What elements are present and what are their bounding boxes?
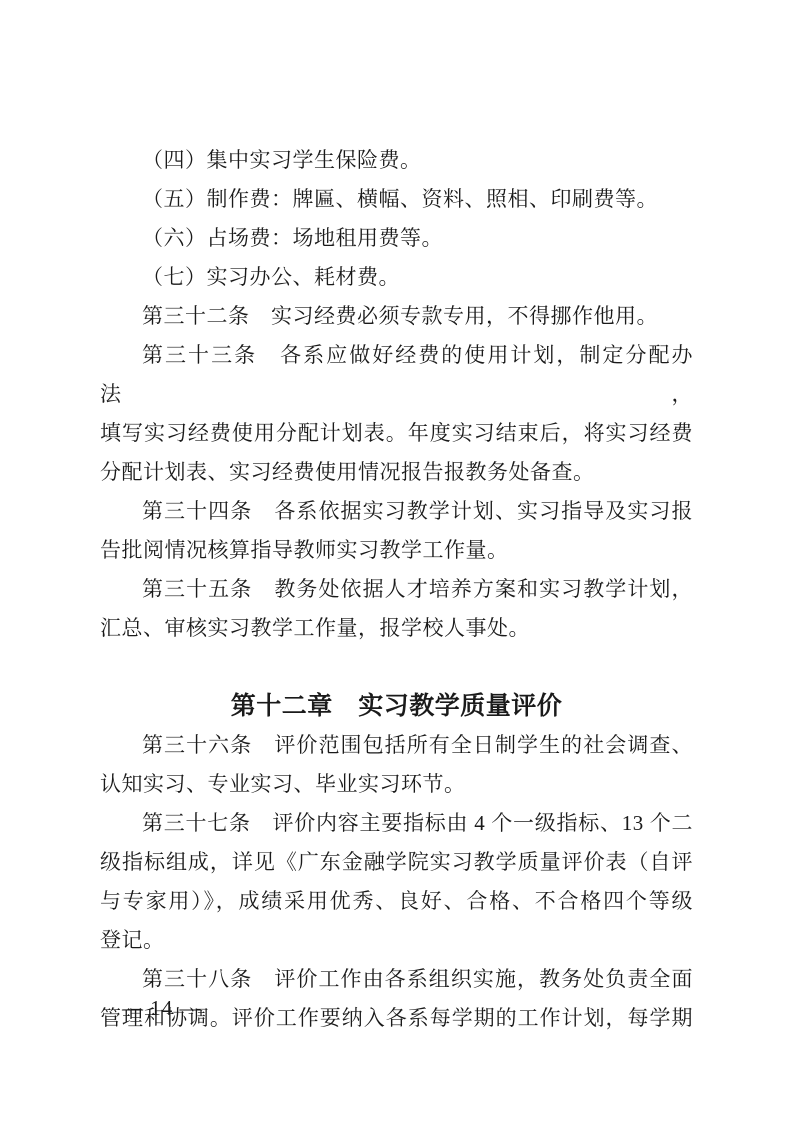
paragraph: 第三十四条 各系依据实习教学计划、实习指导及实习报告批阅情况核算指导教师实习教学… xyxy=(100,492,693,570)
page-number: — 14 — xyxy=(122,995,202,1021)
text-line: 分配计划表、实习经费使用情况报告报教务处备查。 xyxy=(100,453,693,492)
text-line: （七）实习办公、耗材费。 xyxy=(100,258,693,297)
text-line: 第三十六条 评价范围包括所有全日制学生的社会调查、 xyxy=(100,726,693,765)
text-line: 认知实习、专业实习、毕业实习环节。 xyxy=(100,765,693,804)
paragraph: （四）集中实习学生保险费。 xyxy=(100,141,693,180)
paragraph: 第三十三条 各系应做好经费的使用计划，制定分配办法，填写实习经费使用分配计划表。… xyxy=(100,336,693,492)
text-line: 级指标组成，详见《广东金融学院实习教学质量评价表（自评 xyxy=(100,843,693,882)
document-page: （四）集中实习学生保险费。（五）制作费：牌匾、横幅、资料、照相、印刷费等。（六）… xyxy=(0,0,793,1122)
text-line: 第三十七条 评价内容主要指标由 4 个一级指标、13 个二 xyxy=(100,804,693,843)
text-line: 填写实习经费使用分配计划表。年度实习结束后，将实习经费 xyxy=(100,414,693,453)
paragraph: 第三十五条 教务处依据人才培养方案和实习教学计划，汇总、审核实习教学工作量，报学… xyxy=(100,570,693,648)
paragraph: 第三十二条 实习经费必须专款专用，不得挪作他用。 xyxy=(100,297,693,336)
text-line: 汇总、审核实习教学工作量，报学校人事处。 xyxy=(100,609,693,648)
text-line: 第三十八条 评价工作由各系组织实施，教务处负责全面 xyxy=(100,960,693,999)
text-line: 第三十二条 实习经费必须专款专用，不得挪作他用。 xyxy=(100,297,693,336)
text-line: 登记。 xyxy=(100,921,693,960)
text-line: 第三十四条 各系依据实习教学计划、实习指导及实习报 xyxy=(100,492,693,531)
text-line: 第十二章 实习教学质量评价 xyxy=(100,687,693,726)
text-line: 第三十五条 教务处依据人才培养方案和实习教学计划， xyxy=(100,570,693,609)
text-line: （四）集中实习学生保险费。 xyxy=(100,141,693,180)
paragraph: （五）制作费：牌匾、横幅、资料、照相、印刷费等。 xyxy=(100,180,693,219)
text-line: 与专家用）》，成绩采用优秀、良好、合格、不合格四个等级 xyxy=(100,882,693,921)
chapter-heading: 第十二章 实习教学质量评价 xyxy=(100,687,693,726)
paragraph: （六）占场费：场地租用费等。 xyxy=(100,219,693,258)
text-line: （五）制作费：牌匾、横幅、资料、照相、印刷费等。 xyxy=(100,180,693,219)
text-line: （六）占场费：场地租用费等。 xyxy=(100,219,693,258)
document-body: （四）集中实习学生保险费。（五）制作费：牌匾、横幅、资料、照相、印刷费等。（六）… xyxy=(100,141,693,1038)
text-line: 第三十三条 各系应做好经费的使用计划，制定分配办法， xyxy=(100,336,693,414)
paragraph: 第三十七条 评价内容主要指标由 4 个一级指标、13 个二级指标组成，详见《广东… xyxy=(100,804,693,960)
paragraph: （七）实习办公、耗材费。 xyxy=(100,258,693,297)
text-line: 告批阅情况核算指导教师实习教学工作量。 xyxy=(100,531,693,570)
paragraph: 第三十六条 评价范围包括所有全日制学生的社会调查、认知实习、专业实习、毕业实习环… xyxy=(100,726,693,804)
